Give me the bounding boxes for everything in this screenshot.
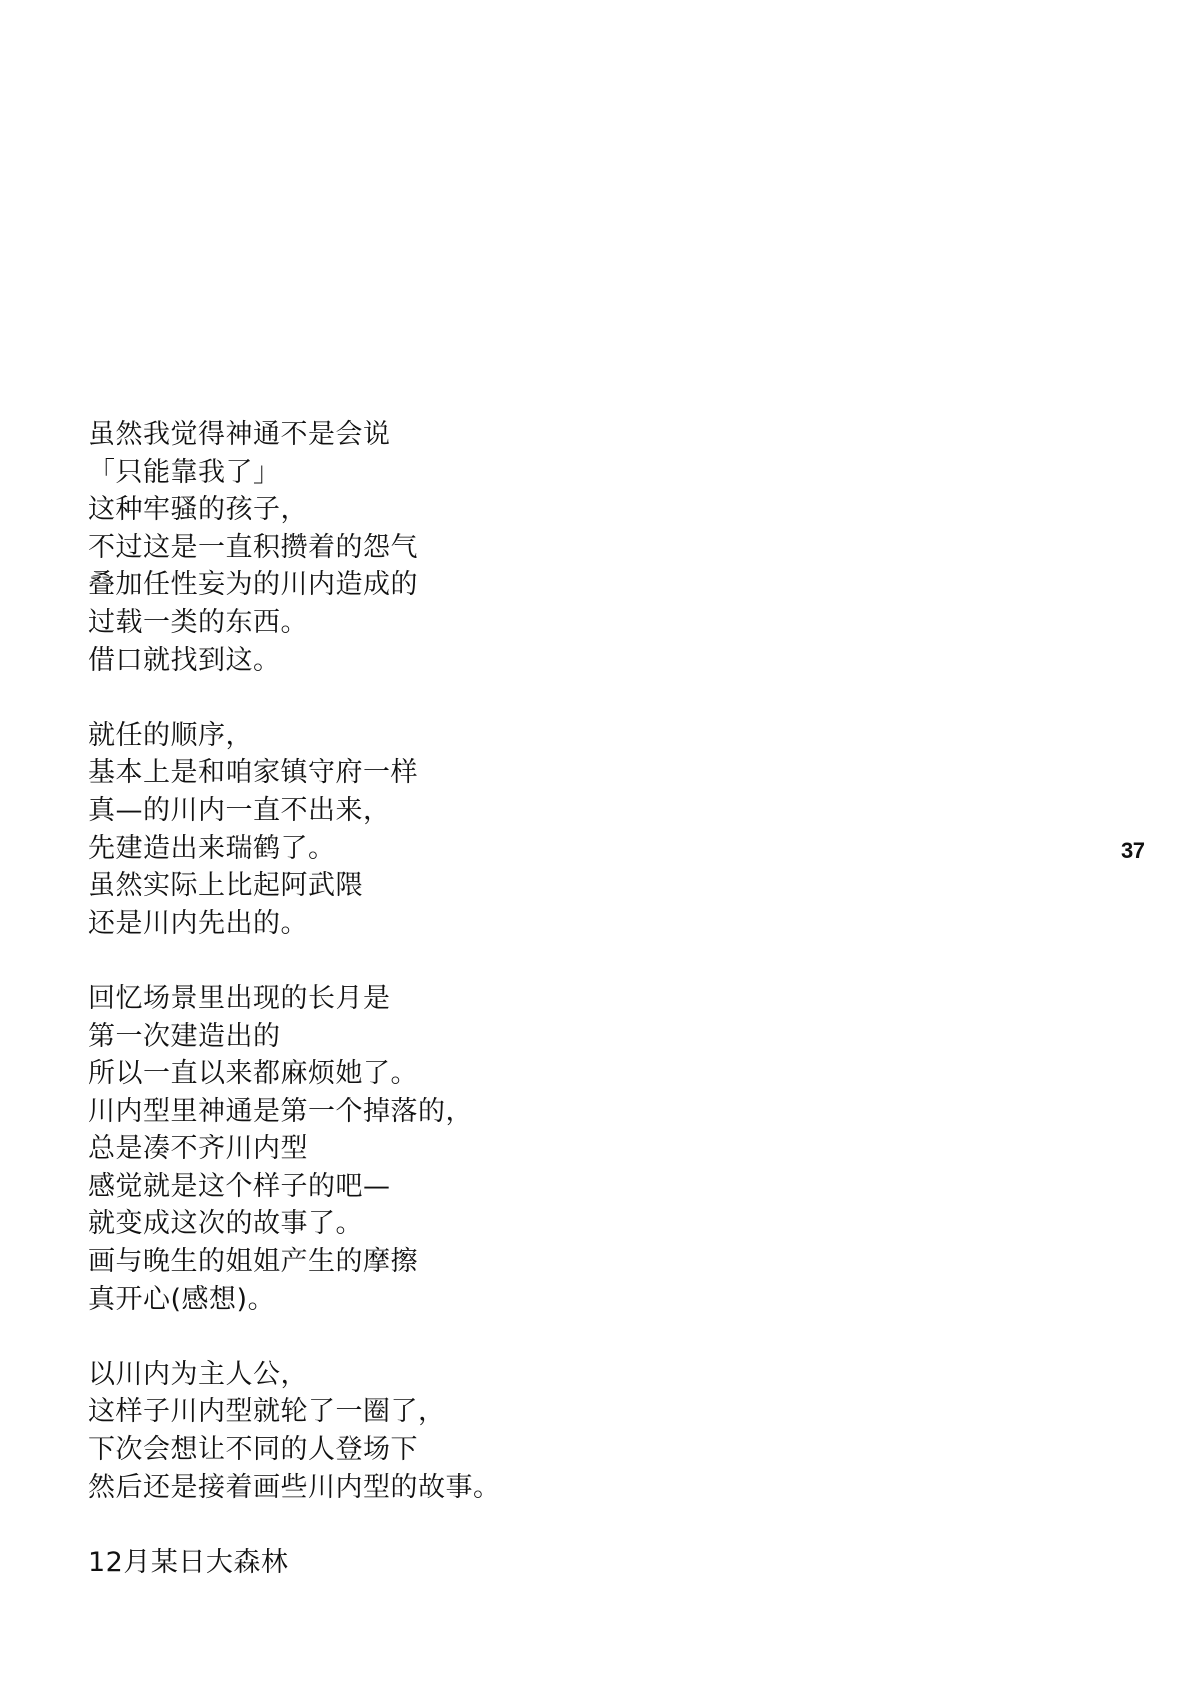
text-line: 画与晚生的姐姐产生的摩擦: [88, 1243, 501, 1281]
afterword-text: 虽然我觉得神通不是会说 「只能靠我了」 这种牢骚的孩子， 不过这是一直积攒着的怨…: [88, 416, 501, 1581]
text-line: 借口就找到这。: [88, 642, 501, 680]
signature-line: 12月某日大森林: [88, 1544, 501, 1582]
text-line: 虽然我觉得神通不是会说: [88, 416, 501, 454]
text-line: 所以一直以来都麻烦她了。: [88, 1055, 501, 1093]
text-line: 先建造出来瑞鹤了。: [88, 830, 501, 868]
text-line: 基本上是和咱家镇守府一样: [88, 754, 501, 792]
text-line: 真—的川内一直不出来，: [88, 792, 501, 830]
paragraph-2: 就任的顺序， 基本上是和咱家镇守府一样 真—的川内一直不出来， 先建造出来瑞鹤了…: [88, 717, 501, 943]
text-line: 这种牢骚的孩子，: [88, 491, 501, 529]
text-line: 然后还是接着画些川内型的故事。: [88, 1469, 501, 1507]
text-line: 这样子川内型就轮了一圈了，: [88, 1393, 501, 1431]
text-line: 「只能靠我了」: [88, 454, 501, 492]
text-line: 过载一类的东西。: [88, 604, 501, 642]
text-line: 真开心(感想)。: [88, 1281, 501, 1319]
text-line: 第一次建造出的: [88, 1018, 501, 1056]
paragraph-1: 虽然我觉得神通不是会说 「只能靠我了」 这种牢骚的孩子， 不过这是一直积攒着的怨…: [88, 416, 501, 679]
text-line: 以川内为主人公，: [88, 1356, 501, 1394]
text-line: 下次会想让不同的人登场下: [88, 1431, 501, 1469]
text-line: 就任的顺序，: [88, 717, 501, 755]
text-line: 不过这是一直积攒着的怨气: [88, 529, 501, 567]
text-line: 感觉就是这个样子的吧—: [88, 1168, 501, 1206]
afterword-page: 虽然我觉得神通不是会说 「只能靠我了」 这种牢骚的孩子， 不过这是一直积攒着的怨…: [0, 0, 1200, 1694]
text-line: 虽然实际上比起阿武隈: [88, 867, 501, 905]
text-line: 总是凑不齐川内型: [88, 1130, 501, 1168]
page-number: 37: [1121, 838, 1144, 864]
signature: 12月某日大森林: [88, 1544, 501, 1582]
text-line: 还是川内先出的。: [88, 905, 501, 943]
text-line: 川内型里神通是第一个掉落的，: [88, 1093, 501, 1131]
text-line: 叠加任性妄为的川内造成的: [88, 566, 501, 604]
paragraph-4: 以川内为主人公， 这样子川内型就轮了一圈了， 下次会想让不同的人登场下 然后还是…: [88, 1356, 501, 1506]
text-line: 就变成这次的故事了。: [88, 1205, 501, 1243]
text-line: 回忆场景里出现的长月是: [88, 980, 501, 1018]
paragraph-3: 回忆场景里出现的长月是 第一次建造出的 所以一直以来都麻烦她了。 川内型里神通是…: [88, 980, 501, 1318]
